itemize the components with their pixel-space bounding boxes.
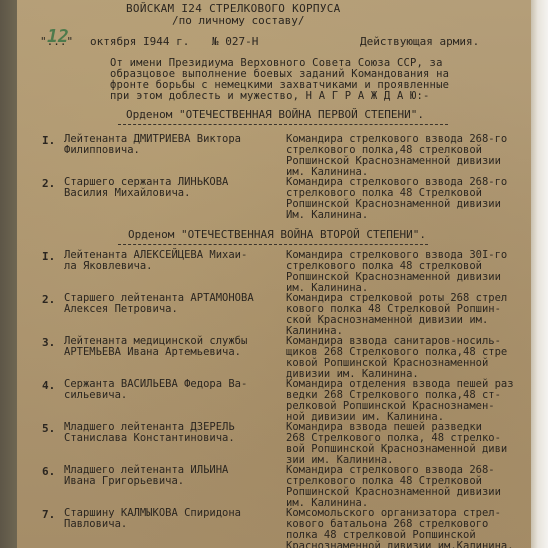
entry-number: I.: [42, 134, 55, 147]
recipient-name: Старшего сержанта ЛИНЬКОВА Василия Михай…: [64, 177, 274, 199]
entry-number: 5.: [42, 422, 55, 435]
recipient-position: Командира стрелкового взвода 30I-го стре…: [286, 250, 536, 294]
recipient-position: Командира стрелковой роты 268 стрел ково…: [286, 293, 536, 337]
recipient-name: Лейтенанта медицинской службы АРТЕМЬЕВА …: [64, 336, 274, 358]
date-day: "...": [40, 35, 73, 48]
recipient-position: Командира отделения взвода пешей раз вед…: [286, 379, 536, 423]
recipient-name: Младшего лейтенанта ДЗЕРЕЛЬ Станислава К…: [64, 422, 274, 444]
army-label: Действующая армия.: [360, 35, 479, 48]
recipient-name: Лейтенанта АЛЕКСЕЙЦЕВА Михаи- ла Яковлев…: [64, 250, 274, 272]
document-subtitle: /по личному составу/: [172, 14, 304, 27]
recipient-name: Старшего лейтенанта АРТАМОНОВА Алексея П…: [64, 293, 274, 315]
recipient-name: Сержанта ВАСИЛЬЕВА Федора Ва- сильевича.: [64, 379, 274, 401]
divider: [118, 244, 428, 245]
recipient-position: Командира стрелкового взвода 268-го стре…: [286, 177, 536, 221]
entry-number: 3.: [42, 336, 55, 349]
entry-number: 2.: [42, 293, 55, 306]
recipient-name: Старшину КАЛМЫКОВА Спиридона Павловича.: [64, 508, 274, 530]
recipient-position: Командира взвода пешей разведки 268 Стре…: [286, 422, 536, 466]
recipient-position: Командира стрелкового взвода 268-го стре…: [286, 134, 536, 178]
scan-left-margin: [0, 0, 17, 548]
entry-number: I.: [42, 250, 55, 263]
recipient-position: Командира стрелкового взвода 268- стрелк…: [286, 465, 536, 509]
entry-number: 6.: [42, 465, 55, 478]
recipient-name: Младшего лейтенанта ИЛЬИНА Ивана Григорь…: [64, 465, 274, 487]
section-title-first-degree: Орденом "ОТЕЧЕСТВЕННАЯ ВОЙНА ПЕРВОЙ СТЕП…: [126, 108, 424, 121]
date: октября I944 г.: [90, 35, 189, 48]
recipient-position: Командира взвода санитаров-носиль- щиков…: [286, 336, 536, 380]
recipient-position: Комсомольского организатора стрел- ковог…: [286, 508, 536, 548]
entry-number: 4.: [42, 379, 55, 392]
section-title-second-degree: Орденом "ОТЕЧЕСТВЕННАЯ ВОЙНА ВТОРОЙ СТЕП…: [128, 228, 426, 241]
divider: [118, 124, 448, 125]
entry-number: 7.: [42, 508, 55, 521]
entry-number: 2.: [42, 177, 55, 190]
order-number: № 027-Н: [212, 35, 258, 48]
recipient-name: Лейтенанта ДМИТРИЕВА Виктора Филипповича…: [64, 134, 274, 156]
preamble-line-4: при этом доблесть и мужество, Н А Г Р А …: [110, 91, 430, 102]
